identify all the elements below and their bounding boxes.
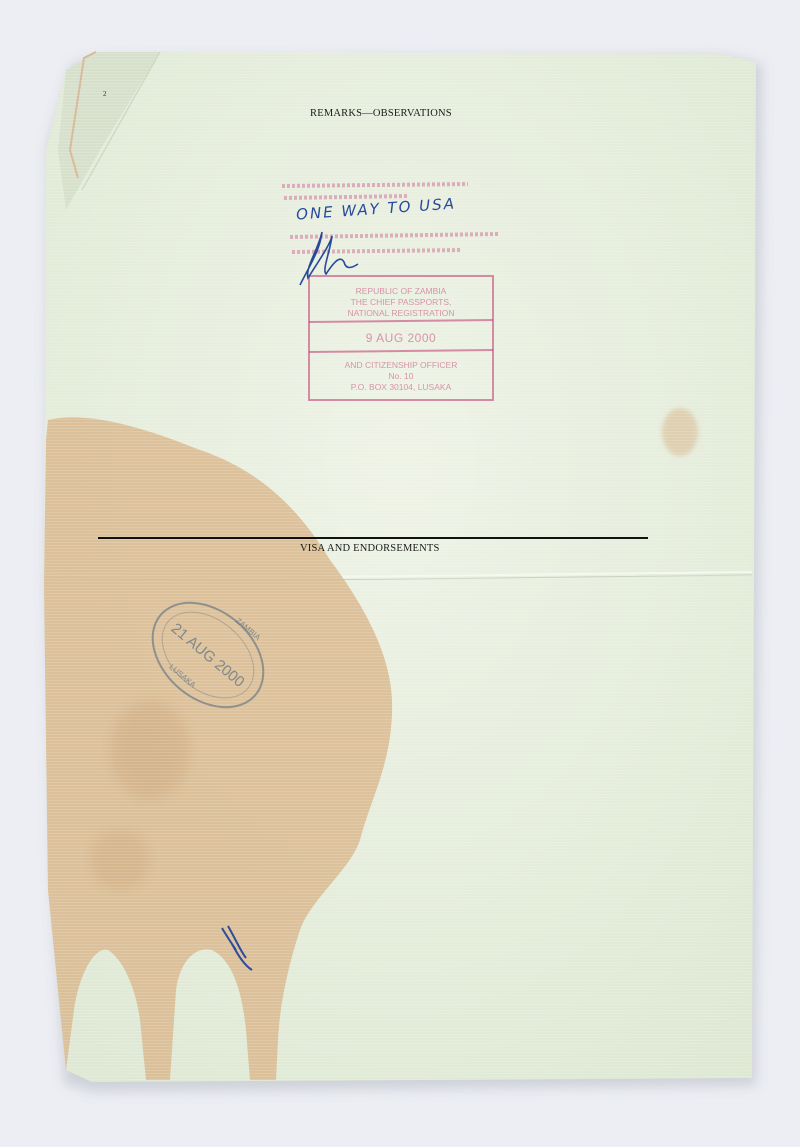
stamp-line3: NATIONAL REGISTRATION <box>311 308 491 318</box>
passport-page-photo: 21 AUG 2000 LUSAKA ZAMBIA 2 REMARKS—OBSE… <box>0 0 800 1147</box>
page-number: 2 <box>103 90 107 98</box>
stamp-date: 9 AUG 2000 <box>311 331 491 345</box>
stamp-line2: THE CHIEF PASSPORTS, <box>311 297 491 307</box>
stamp-line5: No. 10 <box>311 371 491 381</box>
remarks-title: REMARKS—OBSERVATIONS <box>310 108 452 119</box>
stamp-line1: REPUBLIC OF ZAMBIA <box>311 286 491 296</box>
stamp-line6: P.O. BOX 30104, LUSAKA <box>311 382 491 392</box>
page-graphics: 21 AUG 2000 LUSAKA ZAMBIA <box>0 0 800 1147</box>
stamp-line4: AND CITIZENSHIP OFFICER <box>311 360 491 370</box>
visa-title: VISA AND ENDORSEMENTS <box>300 543 440 554</box>
